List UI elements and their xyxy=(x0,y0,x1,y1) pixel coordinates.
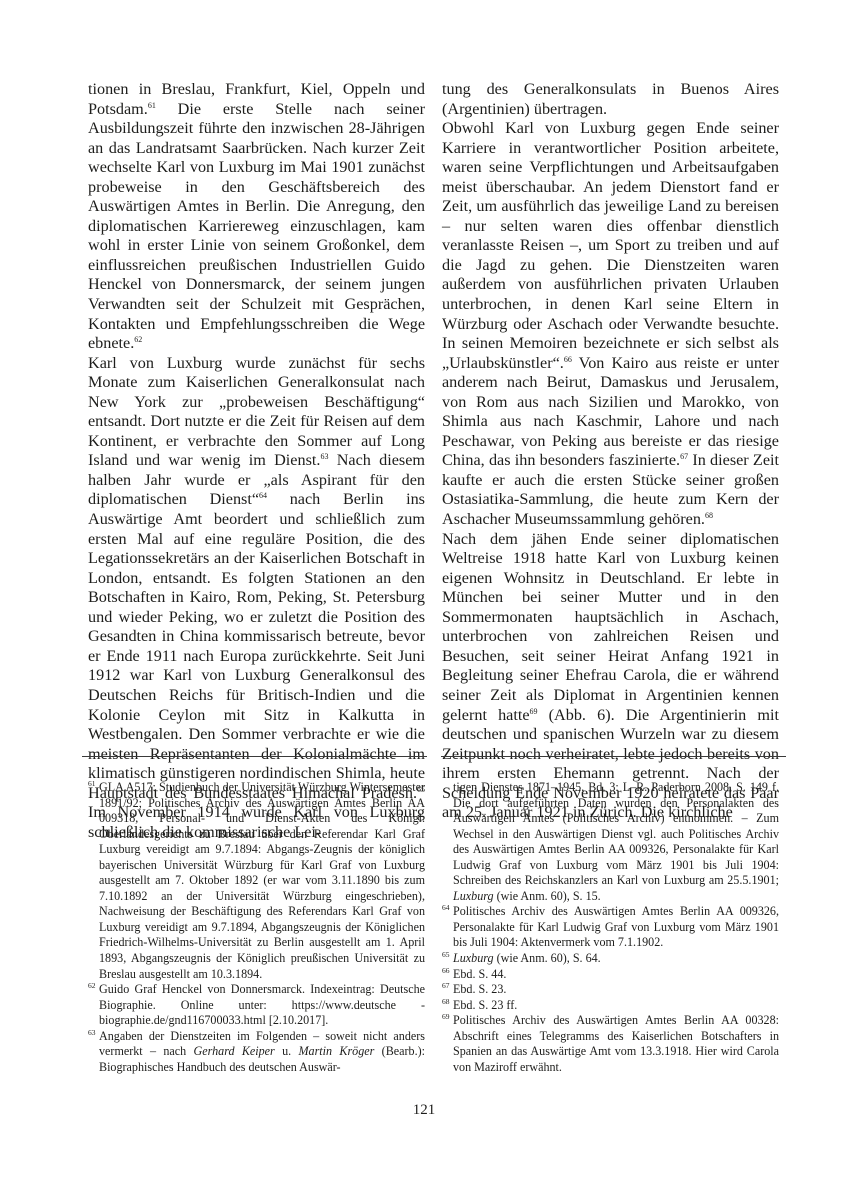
footnote-ref[interactable]: 62 xyxy=(134,335,142,344)
body-column-right: tung des Generalkonsulats in Buenos Aire… xyxy=(442,80,779,823)
footnote-69: 69Politisches Archiv des Auswärtigen Amt… xyxy=(442,1013,779,1075)
footnote-68: 68Ebd. S. 23 ff. xyxy=(442,998,779,1014)
body-column-left: tionen in Breslau, Frankfurt, Kiel, Oppe… xyxy=(88,80,425,842)
footnote-number: 69 xyxy=(442,1009,450,1025)
footnote-ref[interactable]: 68 xyxy=(705,511,713,520)
footnote-number: 68 xyxy=(442,994,450,1010)
footnote-63-continued: tigen Dienstes 1871–1945, Bd. 3: L–R. Pa… xyxy=(442,780,779,904)
footnote-number: 67 xyxy=(442,978,450,994)
footnote-ref[interactable]: 67 xyxy=(680,452,688,461)
footnote-66: 66Ebd. S. 44. xyxy=(442,967,779,983)
footnote-67: 67Ebd. S. 23. xyxy=(442,982,779,998)
footnotes-left: 61GLA A517: Studienbuch der Universität … xyxy=(88,780,425,1075)
footnote-ref[interactable]: 61 xyxy=(148,101,156,110)
footnote-ref[interactable]: 64 xyxy=(259,491,267,500)
cited-title: Luxburg xyxy=(453,951,494,965)
author-name: Martin Kröger xyxy=(298,1044,374,1058)
footnote-ref[interactable]: 69 xyxy=(530,707,538,716)
footnote-64: 64Politisches Archiv des Auswärtigen Amt… xyxy=(442,904,779,951)
page-number: 121 xyxy=(0,1102,848,1119)
footnote-number: 65 xyxy=(442,947,450,963)
footnotes-right: tigen Dienstes 1871–1945, Bd. 3: L–R. Pa… xyxy=(442,780,779,1075)
author-name: Gerhard Keiper xyxy=(194,1044,275,1058)
footnote-divider xyxy=(441,756,786,757)
footnote-number: 61 xyxy=(88,776,96,792)
footnote-number: 64 xyxy=(442,900,450,916)
footnote-65: 65Luxburg (wie Anm. 60), S. 64. xyxy=(442,951,779,967)
paragraph: Karl von Luxburg wurde zunächst für sech… xyxy=(88,354,425,843)
footnote-61: 61GLA A517: Studienbuch der Universität … xyxy=(88,780,425,982)
footnote-62: 62Guido Graf Henckel von Donnersmarck. I… xyxy=(88,982,425,1029)
footnote-divider xyxy=(82,756,427,757)
footnote-number: 66 xyxy=(442,963,450,979)
paragraph: Nach dem jähen Ende seiner diplomatische… xyxy=(442,530,779,823)
footnote-number: 62 xyxy=(88,978,96,994)
footnote-ref[interactable]: 66 xyxy=(564,355,572,364)
cited-title: Luxburg xyxy=(453,889,494,903)
footnote-number: 63 xyxy=(88,1025,96,1041)
paragraph: Obwohl Karl von Luxburg gegen Ende seine… xyxy=(442,119,779,529)
paragraph: tung des Generalkonsulats in Buenos Aire… xyxy=(442,80,779,119)
footnote-63: 63Angaben der Dienstzeiten im Folgenden … xyxy=(88,1029,425,1076)
paragraph: tionen in Breslau, Frankfurt, Kiel, Oppe… xyxy=(88,80,425,354)
